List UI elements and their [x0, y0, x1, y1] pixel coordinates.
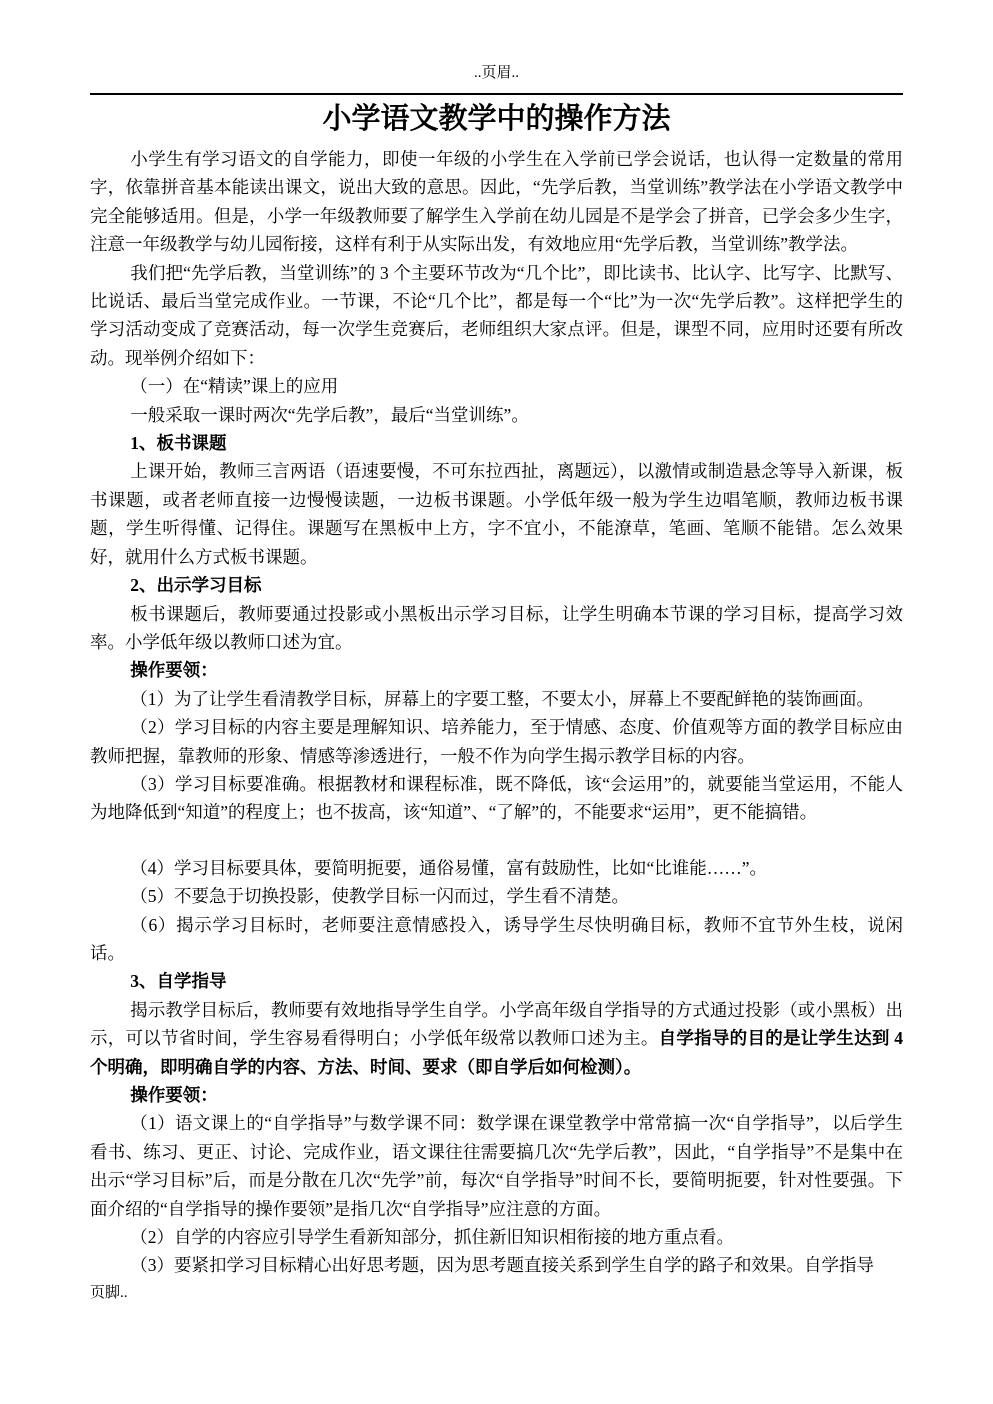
list-item-2-2: （2）自学的内容应引导学生看新知部分，抓住新旧知识相衔接的地方重点看。: [90, 1223, 903, 1251]
list-item-1-2: （2）学习目标的内容主要是理解知识、培养能力，至于情感、态度、价值观等方面的教学…: [90, 713, 903, 770]
list-item-1-1: （1）为了让学生看清教学目标，屏幕上的字要工整，不要太小，屏幕上不要配鲜艳的装饰…: [90, 685, 903, 713]
heading-caozuo-yaoling-2: 操作要领：: [90, 1081, 903, 1109]
heading-chushi-mubiao: 2、出示学习目标: [90, 571, 903, 599]
list-item-2-3: （3）要紧扣学习目标精心出好思考题，因为思考题直接关系到学生自学的路子和效果。自…: [90, 1251, 903, 1279]
list-item-1-5: （5）不要急于切换投影，使教学目标一闪而过，学生看不清楚。: [90, 882, 903, 910]
list-item-1-4: （4）学习目标要具体，要简明扼要，通俗易懂，富有鼓励性，比如“比谁能……”。: [90, 854, 903, 882]
list-item-1-3: （3）学习目标要准确。根据教材和课程标准，既不降低，该“会运用”的，就要能当堂运…: [90, 770, 903, 827]
heading-banshu-keti: 1、板书课题: [90, 429, 903, 457]
document-title: 小学语文教学中的操作方法: [90, 98, 903, 140]
page-footer-placeholder-text: 页脚..: [90, 1285, 128, 1301]
page-header-placeholder-text: ..页眉..: [474, 65, 519, 81]
paragraph-intro-1: 小学生有学习语文的自学能力，即使一年级的小学生在入学前已学会说话，也认得一定数量…: [90, 145, 903, 259]
paragraph-zixue-body: 揭示教学目标后，教师要有效地指导学生自学。小学高年级自学指导的方式通过投影（或小…: [90, 996, 903, 1081]
document-body: 小学生有学习语文的自学能力，即使一年级的小学生在入学前已学会说话，也认得一定数量…: [90, 145, 903, 1280]
document-page: ..页眉.. 小学语文教学中的操作方法 小学生有学习语文的自学能力，即使一年级的…: [0, 0, 993, 1404]
list-item-1-6: （6）揭示学习目标时，老师要注意情感投入，诱导学生尽快明确目标，教师不宜节外生枝…: [90, 911, 903, 968]
blank-line: [90, 827, 903, 854]
heading-zixue-zhidao: 3、自学指导: [90, 967, 903, 995]
heading-caozuo-yaoling-1: 操作要领：: [90, 656, 903, 684]
paragraph-banshu-body: 上课开始，教师三言两语（语速要慢，不可东拉西扯，离题远），以激情或制造悬念等导入…: [90, 457, 903, 571]
paragraph-chushi-body: 板书课题后，教师要通过投影或小黑板出示学习目标，让学生明确本节课的学习目标，提高…: [90, 600, 903, 657]
page-footer: 页脚..: [90, 1282, 903, 1304]
section-1-note: 一般采取一课时两次“先学后教”，最后“当堂训练”。: [90, 401, 903, 429]
page-header: ..页眉..: [90, 0, 903, 95]
section-1-title: （一）在“精读”课上的应用: [90, 372, 903, 400]
list-item-2-1: （1）语文课上的“自学指导”与数学课不同：数学课在课堂教学中常常搞一次“自学指导…: [90, 1109, 903, 1223]
paragraph-intro-2: 我们把“先学后教，当堂训练”的 3 个主要环节改为“几个比”，即比读书、比认字、…: [90, 259, 903, 373]
